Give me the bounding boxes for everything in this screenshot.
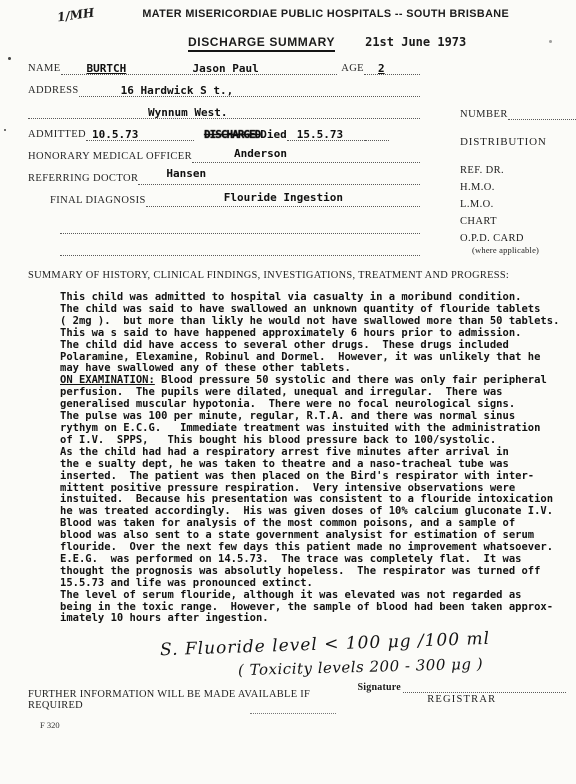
hmo-label: HONORARY MEDICAL OFFICER [28, 150, 192, 163]
distribution-item-chart: CHART [460, 216, 576, 227]
distribution-item-hmo: H.M.O. [460, 182, 576, 193]
patient-surname: BURTCH [87, 62, 127, 75]
document-header: 1/MH MATER MISERICORDIAE PUBLIC HOSPITAL… [0, 0, 576, 22]
address-row: ADDRESS 16 Hardwick S t., [28, 82, 420, 97]
summary-paragraph-1: This child was admitted to hospital via … [60, 291, 559, 374]
admitted-row: ADMITTED 10.5.73 DISCHARGED Died 15.5.73 [28, 126, 420, 141]
hmo-row: HONORARY MEDICAL OFFICER Anderson [28, 148, 420, 163]
dotted-line [60, 219, 420, 234]
further-information-note: FURTHER INFORMATION WILL BE MADE AVAILAB… [28, 689, 358, 711]
title-row: DISCHARGE SUMMARY 21st June 1973 [0, 35, 576, 52]
document-date: 21st June 1973 [365, 35, 466, 49]
signature-block: Signature REGISTRAR [358, 681, 566, 705]
distribution-item-ref-dr: REF. DR. [460, 165, 576, 176]
handwritten-toxicity-levels: ( Toxicity levels 200 - 300 μg ) [238, 653, 558, 679]
admitted-trailing-line [365, 126, 389, 141]
hospital-name: MATER MISERICORDIAE PUBLIC HOSPITALS -- … [142, 8, 509, 20]
signature-label: Signature [358, 682, 401, 693]
distribution-label: DISTRIBUTION [460, 136, 576, 148]
patient-age: 2 [378, 62, 385, 75]
summary-body: This child was admitted to hospital via … [60, 292, 568, 625]
address-field-line: 16 Hardwick S t., [79, 82, 420, 97]
on-examination-label: ON EXAMINATION: [60, 374, 155, 386]
form-number: F 320 [40, 720, 358, 730]
dotted-line [60, 241, 420, 256]
blank-dotted-line-1 [60, 219, 420, 234]
discharged-struck-text: DISCHARGED [204, 128, 260, 141]
died-label: Died [260, 128, 287, 141]
scan-speckle [4, 129, 6, 131]
referring-field-line: Hansen [138, 170, 420, 185]
name-field-line: BURTCH Jason Paul [61, 60, 338, 75]
died-date: 15.5.73 [297, 128, 343, 141]
number-row: NUMBER [460, 106, 576, 120]
admitted-date: 10.5.73 [92, 128, 138, 141]
address-row-2: Wynnum West. [28, 104, 420, 119]
summary-heading: SUMMARY OF HISTORY, CLINICAL FINDINGS, I… [28, 270, 576, 281]
hmo-field-line: Anderson [192, 148, 420, 163]
address-line1: 16 Hardwick S t., [121, 84, 234, 97]
document-footer: FURTHER INFORMATION WILL BE MADE AVAILAB… [28, 689, 566, 730]
blank-dotted-line-2 [60, 241, 420, 256]
small-dotted-line [250, 713, 336, 714]
diagnosis-field-line: Flouride Ingestion [146, 192, 420, 207]
final-diagnosis-label: FINAL DIAGNOSIS [50, 194, 146, 207]
final-diagnosis-row: FINAL DIAGNOSIS Flouride Ingestion [50, 192, 420, 207]
patient-given-names: Jason Paul [193, 62, 259, 75]
scan-speckle [8, 57, 11, 60]
opd-card-qualifier: (where applicable) [472, 245, 576, 255]
age-field-line: 2 [364, 60, 420, 75]
handwritten-file-ref: 1/MH [56, 5, 95, 24]
died-field-line: 15.5.73 [287, 126, 365, 141]
distribution-item-opd-card: O.P.D. CARD [460, 233, 576, 244]
document-title: DISCHARGE SUMMARY [188, 35, 335, 52]
final-diagnosis-value: Flouride Ingestion [224, 191, 343, 204]
discharge-summary-document: 1/MH MATER MISERICORDIAE PUBLIC HOSPITAL… [0, 0, 576, 784]
footer-left: FURTHER INFORMATION WILL BE MADE AVAILAB… [28, 689, 358, 730]
hmo-name: Anderson [234, 147, 287, 160]
distribution-column: NUMBER DISTRIBUTION REF. DR. H.M.O. L.M.… [460, 106, 576, 255]
address-line2: Wynnum West. [148, 106, 227, 119]
referring-doctor-name: Hansen [166, 167, 206, 180]
referring-doctor-label: REFERRING DOCTOR [28, 172, 138, 185]
admitted-field-line: 10.5.73 [86, 126, 194, 141]
scan-speckle [549, 40, 552, 43]
signature-row: Signature [358, 681, 566, 693]
admitted-label: ADMITTED [28, 128, 86, 141]
address-field-line-2: Wynnum West. [28, 104, 420, 119]
number-field-line [508, 105, 576, 120]
patient-form: NAME BURTCH Jason Paul AGE 2 ADDRESS 16 … [28, 60, 420, 256]
registrar-label: REGISTRAR [358, 694, 566, 705]
signature-line [403, 681, 566, 693]
referring-doctor-row: REFERRING DOCTOR Hansen [28, 170, 420, 185]
summary-paragraph-2: Blood pressure 50 systolic and there was… [60, 374, 553, 624]
address-label: ADDRESS [28, 84, 79, 97]
name-label: NAME [28, 62, 61, 75]
distribution-item-lmo: L.M.O. [460, 199, 576, 210]
age-label: AGE [341, 62, 364, 75]
number-label: NUMBER [460, 109, 508, 120]
name-row: NAME BURTCH Jason Paul AGE 2 [28, 60, 420, 75]
